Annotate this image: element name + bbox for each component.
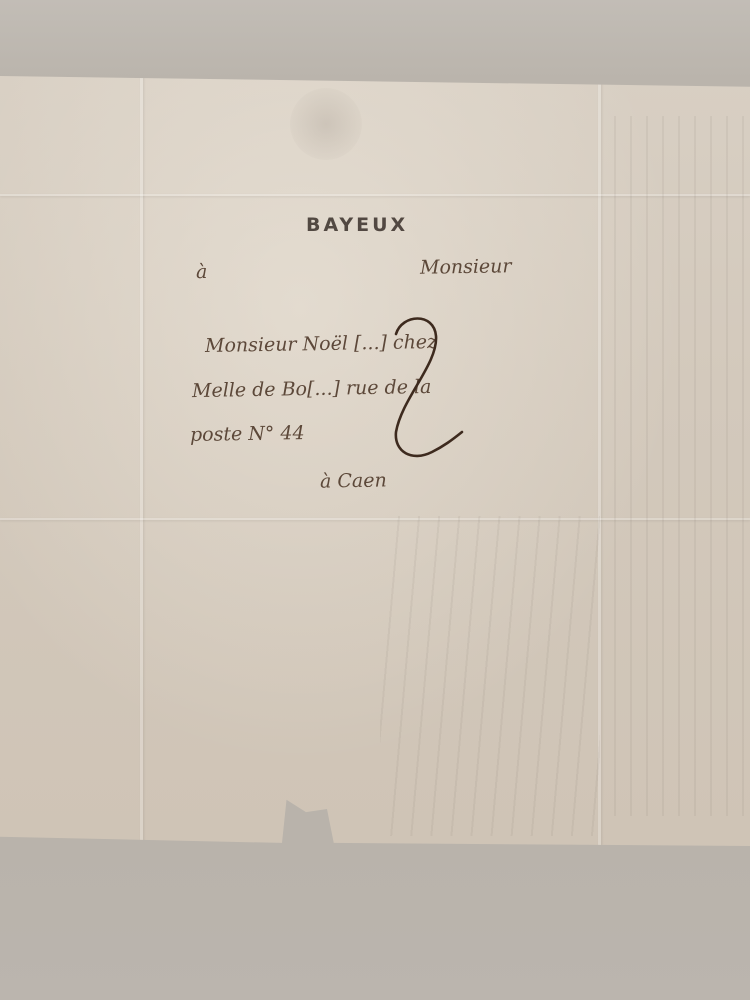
folded-letter: BAYEUX à Monsieur Monsieur Noël [...] ch… — [0, 76, 750, 846]
bleed-through-writing-right — [600, 116, 750, 816]
postal-charge-mark-2 — [382, 312, 467, 462]
address-prefix: à — [196, 261, 208, 283]
address-line-3: poste N° 44 — [190, 422, 305, 446]
address-salutation: Monsieur — [420, 255, 512, 279]
bleed-through-writing-center — [380, 516, 600, 836]
wax-seal-impression — [290, 88, 362, 160]
postmark-stamp: BAYEUX — [306, 214, 408, 236]
vertical-fold-left — [140, 76, 143, 846]
address-line-4: à Caen — [320, 469, 387, 492]
